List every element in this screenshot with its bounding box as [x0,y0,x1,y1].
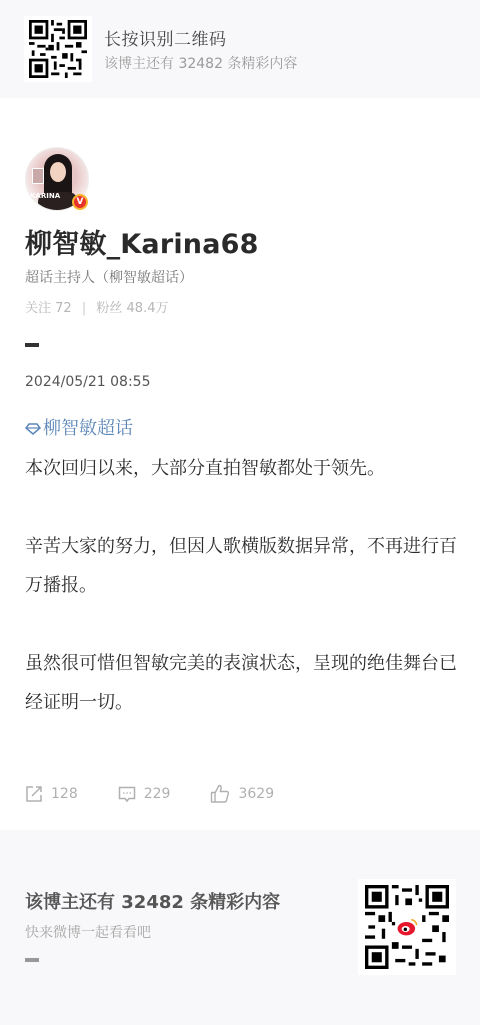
top-banner-subtitle: 该博主还有 32482 条精彩内容 [104,53,297,73]
repost-button[interactable]: 128 [25,785,78,803]
bottom-banner-title: 该博主还有 32482 条精彩内容 [25,888,280,914]
comment-icon [118,785,136,803]
verified-badge-icon: V [72,194,88,210]
avatar-label: KARINA [30,192,60,200]
top-banner: 长按识别二维码 该博主还有 32482 条精彩内容 [0,0,480,98]
diamond-icon [25,419,41,440]
comment-count: 229 [144,786,171,802]
repost-icon [25,785,43,803]
avatar-photo-decoration [32,168,44,184]
following-count: 72 [55,301,72,316]
post-paragraph-3: 虽然很可惜但智敏完美的表演状态，呈现的绝佳舞台已经证明一切。 [25,644,465,722]
comment-button[interactable]: 229 [118,785,171,803]
post-actions: 128 229 3629 [25,782,300,806]
followers-count: 48.4万 [127,301,169,316]
topic-label: 柳智敏超话 [43,418,133,439]
post-timestamp: 2024/05/21 08:55 [25,374,151,390]
avatar-face [50,162,66,182]
user-role: 超话主持人（柳智敏超话） [25,267,193,287]
topic-link[interactable]: 柳智敏超话 [25,414,133,440]
weibo-qr-code-icon[interactable] [358,879,456,975]
like-count: 3629 [238,786,274,802]
username[interactable]: 柳智敏_Karina68 [25,222,259,261]
user-stats: 关注 72 | 粉丝 48.4万 [25,297,168,316]
divider-dash [25,343,39,347]
qr-code-icon[interactable] [24,16,92,82]
bottom-banner-subtitle: 快来微博一起看看吧 [25,922,151,942]
like-button[interactable]: 3629 [210,784,274,804]
bottom-divider-dash [25,958,39,962]
thumbs-up-icon [210,784,230,804]
post-paragraph-2: 辛苦大家的努力，但因人歌横版数据异常，不再进行百万播报。 [25,527,465,605]
followers-label: 粉丝 [96,301,122,316]
post-paragraph-1: 本次回归以来，大部分直拍智敏都处于领先。 [25,449,465,488]
repost-count: 128 [51,786,78,802]
stats-separator: | [82,301,86,316]
following-label: 关注 [25,301,51,316]
long-press-scan-title: 长按识别二维码 [104,25,227,50]
